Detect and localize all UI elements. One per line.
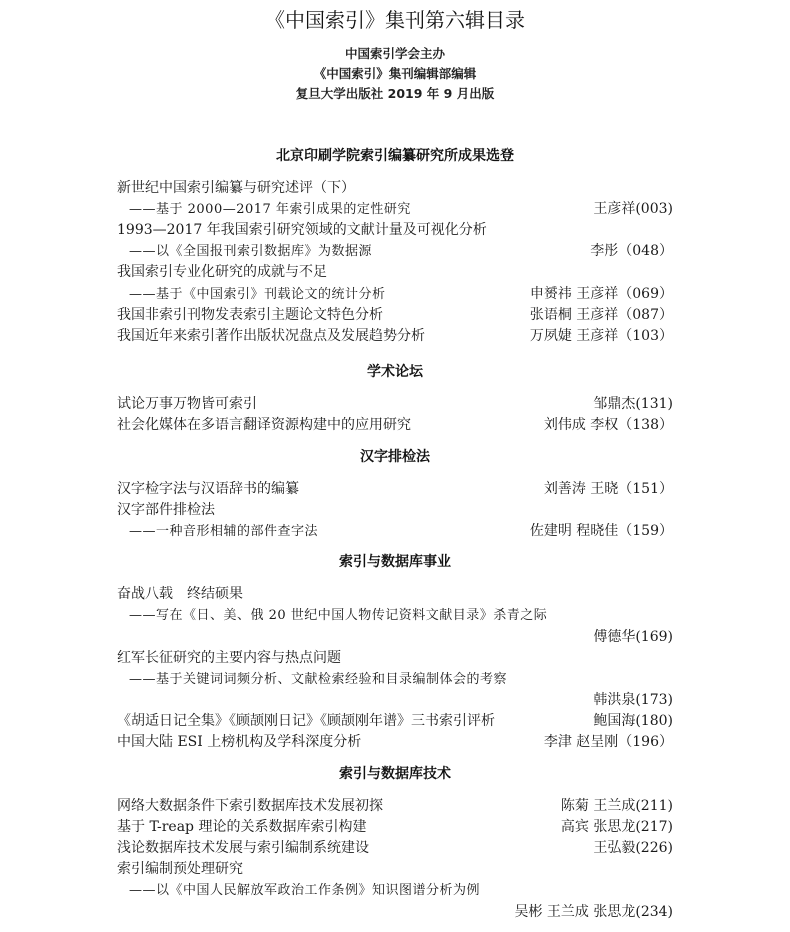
section-heading: 学术论坛 [0, 362, 790, 382]
entry-author: 高宾 张思龙(217) [561, 817, 673, 838]
entry-subtitle: ——基于关键词词频分析、文献检索经验和目录编制体会的考察 [129, 669, 507, 690]
toc-entry: 索引编制预处理研究 [117, 859, 673, 880]
entry-author: 刘伟成 李权（138） [544, 415, 673, 436]
toc-entry: 我国索引专业化研究的成就与不足 [117, 262, 673, 283]
entry-author: 韩洪泉(173) [593, 690, 673, 711]
section-heading: 北京印刷学院索引编纂研究所成果选登 [0, 146, 790, 166]
toc-entry: 红军长征研究的主要内容与热点问题 [117, 648, 673, 669]
toc-entry: ——以《全国报刊索引数据库》为数据源李彤（048） [117, 241, 673, 262]
editor-line: 《中国索引》集刊编辑部编辑 [0, 64, 790, 84]
toc-entry: 基于 T-reap 理论的关系数据库索引构建高宾 张思龙(217) [117, 817, 673, 838]
entry-author: 鲍国海(180) [593, 711, 673, 732]
entry-title: 奋战八载 终结硕果 [117, 584, 243, 605]
toc-entry: ——基于《中国索引》刊载论文的统计分析申赟祎 王彦祥（069） [117, 284, 673, 305]
section-heading: 索引与数据库技术 [0, 764, 790, 784]
toc-entry: 汉字部件排检法 [117, 500, 673, 521]
entry-title: 我国非索引刊物发表索引主题论文特色分析 [117, 305, 383, 326]
toc-entry: 试论万事万物皆可索引邹鼎杰(131) [117, 394, 673, 415]
toc-entry: 新世纪中国索引编纂与研究述评（下） [117, 178, 673, 199]
toc-entry: 中国大陆 ESI 上榜机构及学科深度分析李津 赵呈刚（196） [117, 732, 673, 753]
toc-entry: 韩洪泉(173) [117, 690, 673, 711]
toc-entry: 奋战八载 终结硕果 [117, 584, 673, 605]
entry-author: 刘善涛 王晓（151） [544, 479, 673, 500]
entry-subtitle: ——一种音形相辅的部件查字法 [129, 521, 318, 542]
entry-author: 陈菊 王兰成(211) [561, 796, 673, 817]
toc-entry: ——以《中国人民解放军政治工作条例》知识图谱分析为例 [117, 880, 673, 901]
entry-title: 《胡适日记全集》《顾颉刚日记》《顾颉刚年谱》三书索引评析 [117, 711, 495, 732]
entry-subtitle: ——以《全国报刊索引数据库》为数据源 [129, 241, 372, 262]
publisher-line: 复旦大学出版社 2019 年 9 月出版 [0, 84, 790, 104]
entry-title: 1993—2017 年我国索引研究领域的文献计量及可视化分析 [117, 220, 487, 241]
section-heading: 汉字排检法 [0, 447, 790, 467]
toc-entry: 浅论数据库技术发展与索引编制系统建设王弘毅(226) [117, 838, 673, 859]
entry-title: 中国大陆 ESI 上榜机构及学科深度分析 [117, 732, 361, 753]
entry-author: 王弘毅(226) [593, 838, 673, 859]
entry-title: 浅论数据库技术发展与索引编制系统建设 [117, 838, 369, 859]
toc-entry: 汉字检字法与汉语辞书的编纂刘善涛 王晓（151） [117, 479, 673, 500]
toc-entry: ——基于关键词词频分析、文献检索经验和目录编制体会的考察 [117, 669, 673, 690]
entry-author: 万夙婕 王彦祥（103） [530, 326, 673, 347]
entry-title: 我国索引专业化研究的成就与不足 [117, 262, 327, 283]
toc-entry: 吴彬 王兰成 张思龙(234) [117, 902, 673, 923]
entry-title: 网络大数据条件下索引数据库技术发展初探 [117, 796, 383, 817]
page-title: 《中国索引》集刊第六辑目录 [0, 6, 790, 34]
entry-subtitle: ——以《中国人民解放军政治工作条例》知识图谱分析为例 [129, 880, 480, 901]
entry-author: 佐建明 程晓佳（159） [530, 521, 673, 542]
entry-title: 汉字检字法与汉语辞书的编纂 [117, 479, 299, 500]
entry-subtitle: ——基于 2000—2017 年索引成果的定性研究 [129, 199, 411, 220]
sponsor-line: 中国索引学会主办 [0, 44, 790, 64]
entry-subtitle: ——写在《日、美、俄 20 世纪中国人物传记资料文献目录》杀青之际 [129, 605, 547, 626]
entry-author: 李津 赵呈刚（196） [544, 732, 673, 753]
entry-author: 申赟祎 王彦祥（069） [530, 284, 673, 305]
section-heading: 索引与数据库事业 [0, 552, 790, 572]
entry-title: 红军长征研究的主要内容与热点问题 [117, 648, 341, 669]
entry-author: 李彤（048） [590, 241, 673, 262]
entry-title: 索引编制预处理研究 [117, 859, 243, 880]
toc-entry: 我国近年来索引著作出版状况盘点及发展趋势分析万夙婕 王彦祥（103） [117, 326, 673, 347]
entry-subtitle: ——基于《中国索引》刊载论文的统计分析 [129, 284, 386, 305]
toc-entry: ——基于 2000—2017 年索引成果的定性研究王彦祥(003) [117, 199, 673, 220]
toc-entry: 社会化媒体在多语言翻译资源构建中的应用研究刘伟成 李权（138） [117, 415, 673, 436]
entry-title: 汉字部件排检法 [117, 500, 215, 521]
entry-author: 张语桐 王彦祥（087） [530, 305, 673, 326]
toc-entry: 网络大数据条件下索引数据库技术发展初探陈菊 王兰成(211) [117, 796, 673, 817]
entry-title: 社会化媒体在多语言翻译资源构建中的应用研究 [117, 415, 411, 436]
toc-entry: 1993—2017 年我国索引研究领域的文献计量及可视化分析 [117, 220, 673, 241]
entry-author: 邹鼎杰(131) [593, 394, 673, 415]
entry-title: 试论万事万物皆可索引 [117, 394, 257, 415]
entry-author: 傅德华(169) [593, 627, 673, 648]
toc-page: 《中国索引》集刊第六辑目录 中国索引学会主办 《中国索引》集刊编辑部编辑 复旦大… [0, 0, 790, 932]
toc-entry: 傅德华(169) [117, 627, 673, 648]
entry-title: 基于 T-reap 理论的关系数据库索引构建 [117, 817, 366, 838]
toc-entry: ——写在《日、美、俄 20 世纪中国人物传记资料文献目录》杀青之际 [117, 605, 673, 626]
toc-entry: 《胡适日记全集》《顾颉刚日记》《顾颉刚年谱》三书索引评析鲍国海(180) [117, 711, 673, 732]
entry-author: 王彦祥(003) [593, 199, 673, 220]
entry-title: 我国近年来索引著作出版状况盘点及发展趋势分析 [117, 326, 425, 347]
toc-entry: ——一种音形相辅的部件查字法佐建明 程晓佳（159） [117, 521, 673, 542]
entry-title: 新世纪中国索引编纂与研究述评（下） [117, 178, 355, 199]
entry-author: 吴彬 王兰成 张思龙(234) [514, 902, 673, 923]
toc-entry: 我国非索引刊物发表索引主题论文特色分析张语桐 王彦祥（087） [117, 305, 673, 326]
